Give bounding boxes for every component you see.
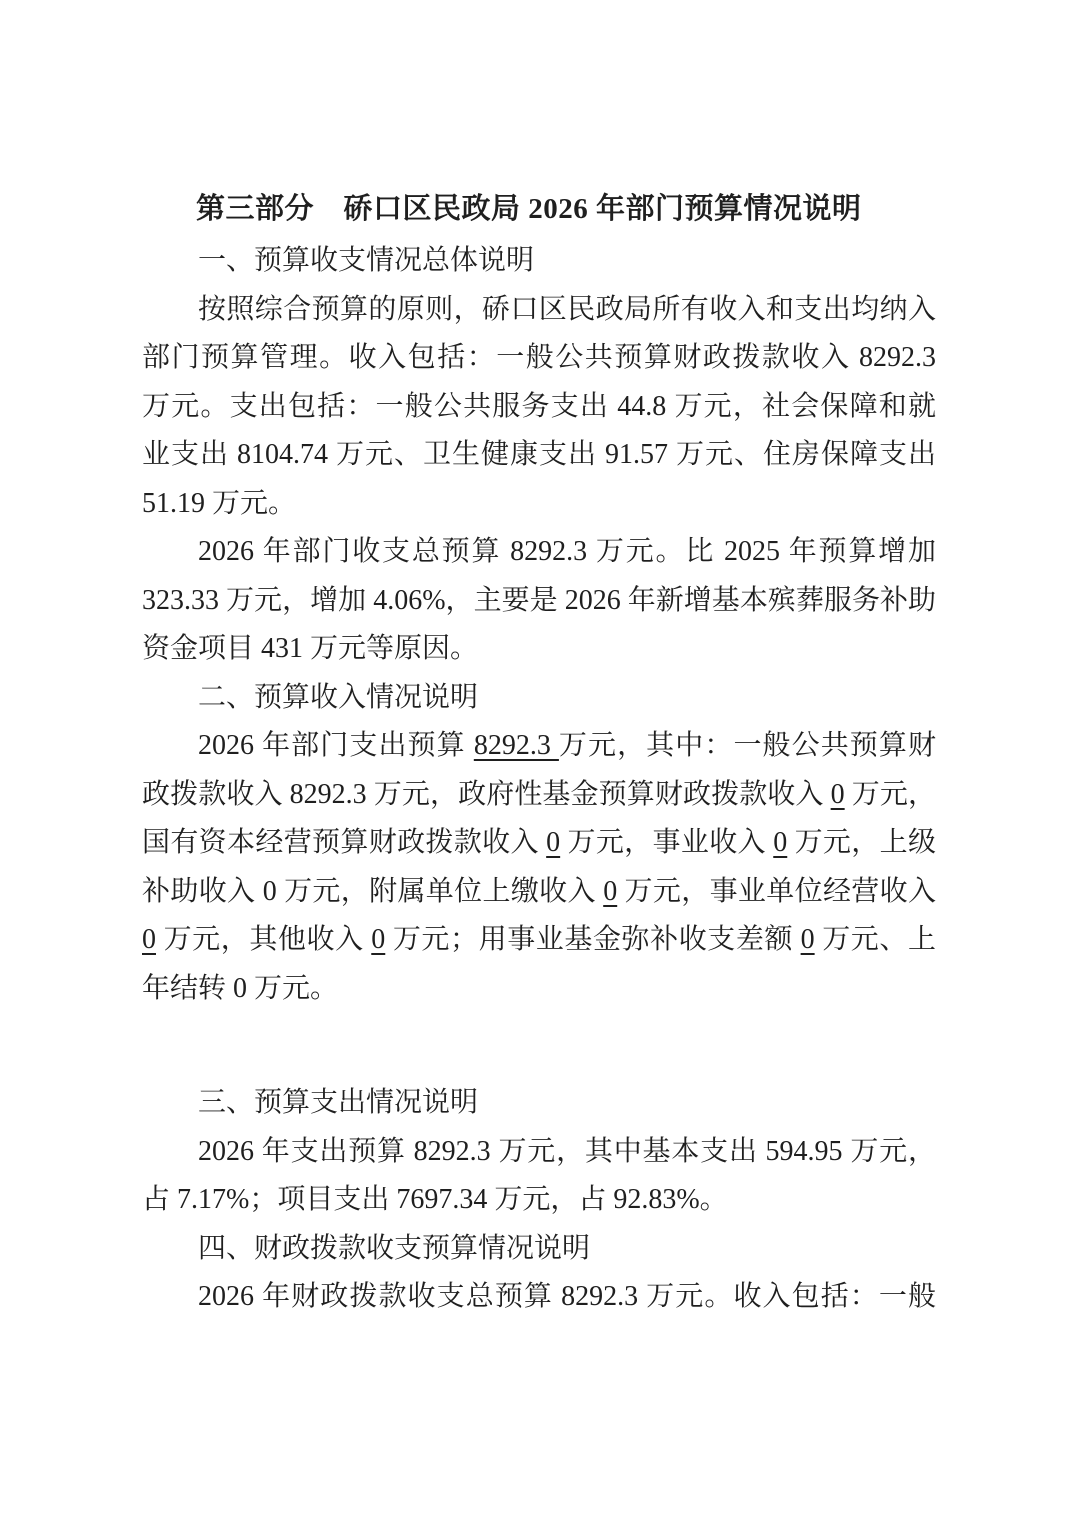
text-segment: 323.33 万元，增加 4.06%，主要是 2026 年新增基本殡葬服务补助	[142, 585, 936, 616]
underlined-value: 0	[773, 827, 787, 858]
body-line: 323.33 万元，增加 4.06%，主要是 2026 年新增基本殡葬服务补助	[142, 577, 936, 626]
underlined-value: 0	[371, 924, 385, 955]
body-line: 业支出 8104.74 万元、卫生健康支出 91.57 万元、住房保障支出	[142, 431, 936, 480]
text-segment: 资金项目 431 万元等原因。	[142, 633, 478, 664]
document-title: 第三部分 硚口区民政局 2026 年部门预算情况说明	[142, 181, 936, 237]
underlined-value: 0	[603, 876, 617, 907]
underlined-value: 8292.3	[474, 730, 559, 761]
section-heading-1: 一、预算收支情况总体说明	[142, 237, 936, 286]
body-line: 年结转 0 万元。	[142, 965, 936, 1014]
body-line: 2026 年部门支出预算 8292.3 万元，其中：一般公共预算财	[142, 722, 936, 771]
underlined-value: 0	[831, 779, 845, 810]
body-line: 国有资本经营预算财政拨款收入 0 万元，事业收入 0 万元，上级	[142, 819, 936, 868]
text-segment: 三、预算支出情况说明	[198, 1087, 478, 1118]
text-segment: 万元，	[845, 779, 936, 810]
body-line: 0 万元，其他收入 0 万元；用事业基金弥补收支差额 0 万元、上	[142, 916, 936, 965]
text-segment: 万元；用事业基金弥补收支差额	[385, 924, 800, 955]
document-page: 第三部分 硚口区民政局 2026 年部门预算情况说明一、预算收支情况总体说明按照…	[0, 0, 1074, 1520]
underlined-value: 0	[142, 924, 156, 955]
text-segment: 年结转 0 万元。	[142, 973, 338, 1004]
underlined-value: 0	[546, 827, 560, 858]
document-body: 第三部分 硚口区民政局 2026 年部门预算情况说明一、预算收支情况总体说明按照…	[142, 181, 936, 1322]
body-line: 万元。支出包括：一般公共服务支出 44.8 万元，社会保障和就	[142, 383, 936, 432]
text-segment: 政拨款收入 8292.3 万元，政府性基金预算财政拨款收入	[142, 779, 831, 810]
underlined-value: 0	[801, 924, 815, 955]
text-segment: 2026 年部门收支总预算 8292.3 万元。比 2025 年预算增加	[198, 536, 936, 567]
body-line: 2026 年部门收支总预算 8292.3 万元。比 2025 年预算增加	[142, 528, 936, 577]
text-segment: 51.19 万元。	[142, 488, 296, 519]
text-segment: 一、预算收支情况总体说明	[198, 245, 534, 276]
body-line: 占 7.17%；项目支出 7697.34 万元，占 92.83%。	[142, 1176, 936, 1225]
body-line: 资金项目 431 万元等原因。	[142, 625, 936, 674]
text-segment: 部门预算管理。收入包括：一般公共预算财政拨款收入 8292.3	[142, 342, 936, 373]
text-segment: 万元、上	[815, 924, 936, 955]
text-segment: 按照综合预算的原则，硚口区民政局所有收入和支出均纳入	[198, 294, 936, 325]
section-heading-4: 四、财政拨款收支预算情况说明	[142, 1225, 936, 1274]
body-line: 政拨款收入 8292.3 万元，政府性基金预算财政拨款收入 0 万元，	[142, 771, 936, 820]
text-segment: 补助收入 0 万元，附属单位上缴收入	[142, 876, 603, 907]
text-segment: 万元，其他收入	[156, 924, 371, 955]
body-line: 51.19 万元。	[142, 480, 936, 529]
body-line: 2026 年财政拨款收支总预算 8292.3 万元。收入包括：一般	[142, 1273, 936, 1322]
text-segment: 业支出 8104.74 万元、卫生健康支出 91.57 万元、住房保障支出	[142, 439, 936, 470]
body-line: 2026 年支出预算 8292.3 万元，其中基本支出 594.95 万元，	[142, 1128, 936, 1177]
text-segment: 四、财政拨款收支预算情况说明	[198, 1233, 590, 1264]
body-line: 补助收入 0 万元，附属单位上缴收入 0 万元，事业单位经营收入	[142, 868, 936, 917]
text-segment: 2026 年部门支出预算	[198, 730, 474, 761]
body-line: 部门预算管理。收入包括：一般公共预算财政拨款收入 8292.3	[142, 334, 936, 383]
section-heading-2: 二、预算收入情况说明	[142, 674, 936, 723]
body-line: 按照综合预算的原则，硚口区民政局所有收入和支出均纳入	[142, 286, 936, 335]
text-segment: 占 7.17%；项目支出 7697.34 万元，占 92.83%。	[142, 1184, 728, 1215]
text-segment: 国有资本经营预算财政拨款收入	[142, 827, 546, 858]
text-segment: 2026 年财政拨款收支总预算 8292.3 万元。收入包括：一般	[198, 1281, 936, 1312]
text-segment: 万元，事业单位经营收入	[617, 876, 936, 907]
text-segment: 万元。支出包括：一般公共服务支出 44.8 万元，社会保障和就	[142, 391, 936, 422]
text-segment: 2026 年支出预算 8292.3 万元，其中基本支出 594.95 万元，	[198, 1136, 936, 1167]
text-segment: 二、预算收入情况说明	[198, 682, 478, 713]
blank-line	[142, 1013, 936, 1079]
text-segment: 第三部分 硚口区民政局 2026 年部门预算情况说明	[196, 193, 862, 225]
section-heading-3: 三、预算支出情况说明	[142, 1079, 936, 1128]
text-segment: 万元，其中：一般公共预算财	[559, 730, 936, 761]
text-segment: 万元，事业收入	[560, 827, 773, 858]
text-segment: 万元，上级	[787, 827, 936, 858]
